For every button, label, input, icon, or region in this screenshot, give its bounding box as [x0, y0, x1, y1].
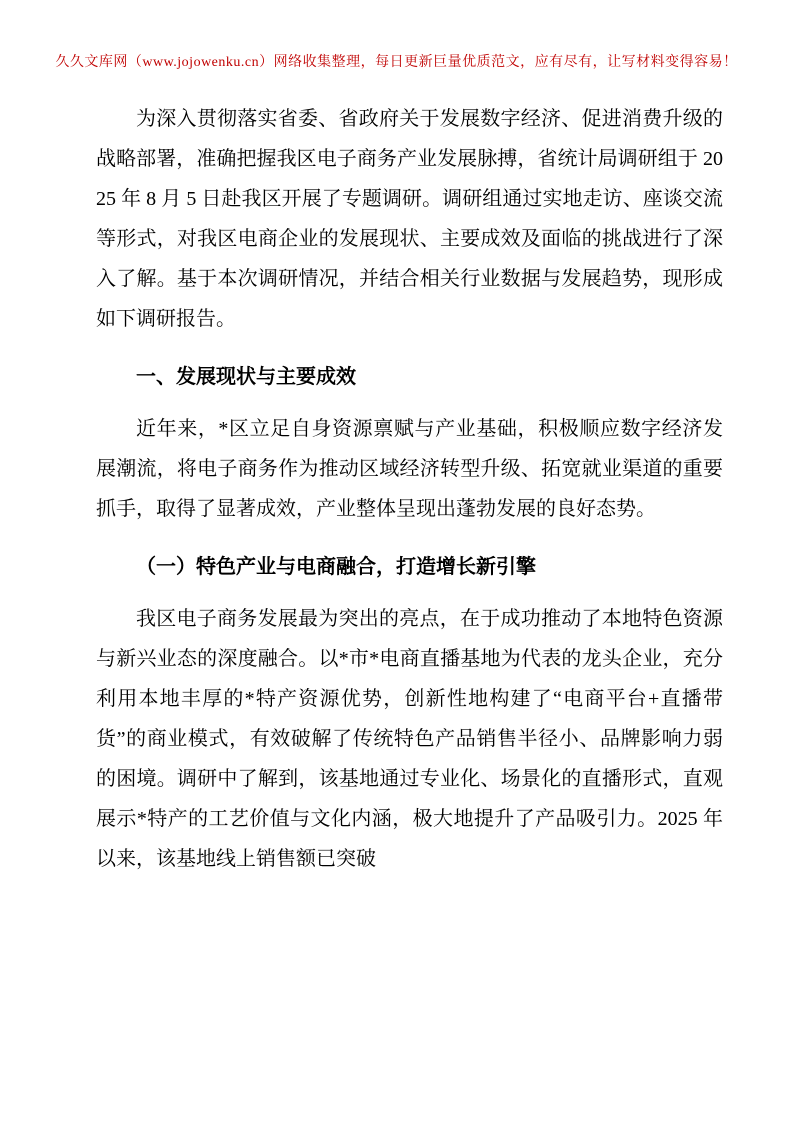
- heading-section-one: 一、发展现状与主要成效: [96, 357, 723, 397]
- heading-subsection-one: （一）特色产业与电商融合，打造增长新引擎: [96, 547, 723, 587]
- paragraph-overview: 近年来，*区立足自身资源禀赋与产业基础，积极顺应数字经济发展潮流，将电子商务作为…: [96, 409, 723, 529]
- paragraph-introduction: 为深入贯彻落实省委、省政府关于发展数字经济、促进消费升级的战略部署，准确把握我区…: [96, 99, 723, 339]
- paragraph-highlight-ecommerce: 我区电子商务发展最为突出的亮点，在于成功推动了本地特色资源与新兴业态的深度融合。…: [96, 599, 723, 879]
- watermark-header-text: 久久文库网（www.jojowenku.cn）网络收集整理，每日更新巨量优质范文…: [55, 55, 737, 70]
- document-content: 为深入贯彻落实省委、省政府关于发展数字经济、促进消费升级的战略部署，准确把握我区…: [96, 99, 723, 879]
- document-page: 久久文库网（www.jojowenku.cn）网络收集整理，每日更新巨量优质范文…: [0, 0, 793, 1122]
- watermark-header: 久久文库网（www.jojowenku.cn）网络收集整理，每日更新巨量优质范文…: [0, 0, 793, 74]
